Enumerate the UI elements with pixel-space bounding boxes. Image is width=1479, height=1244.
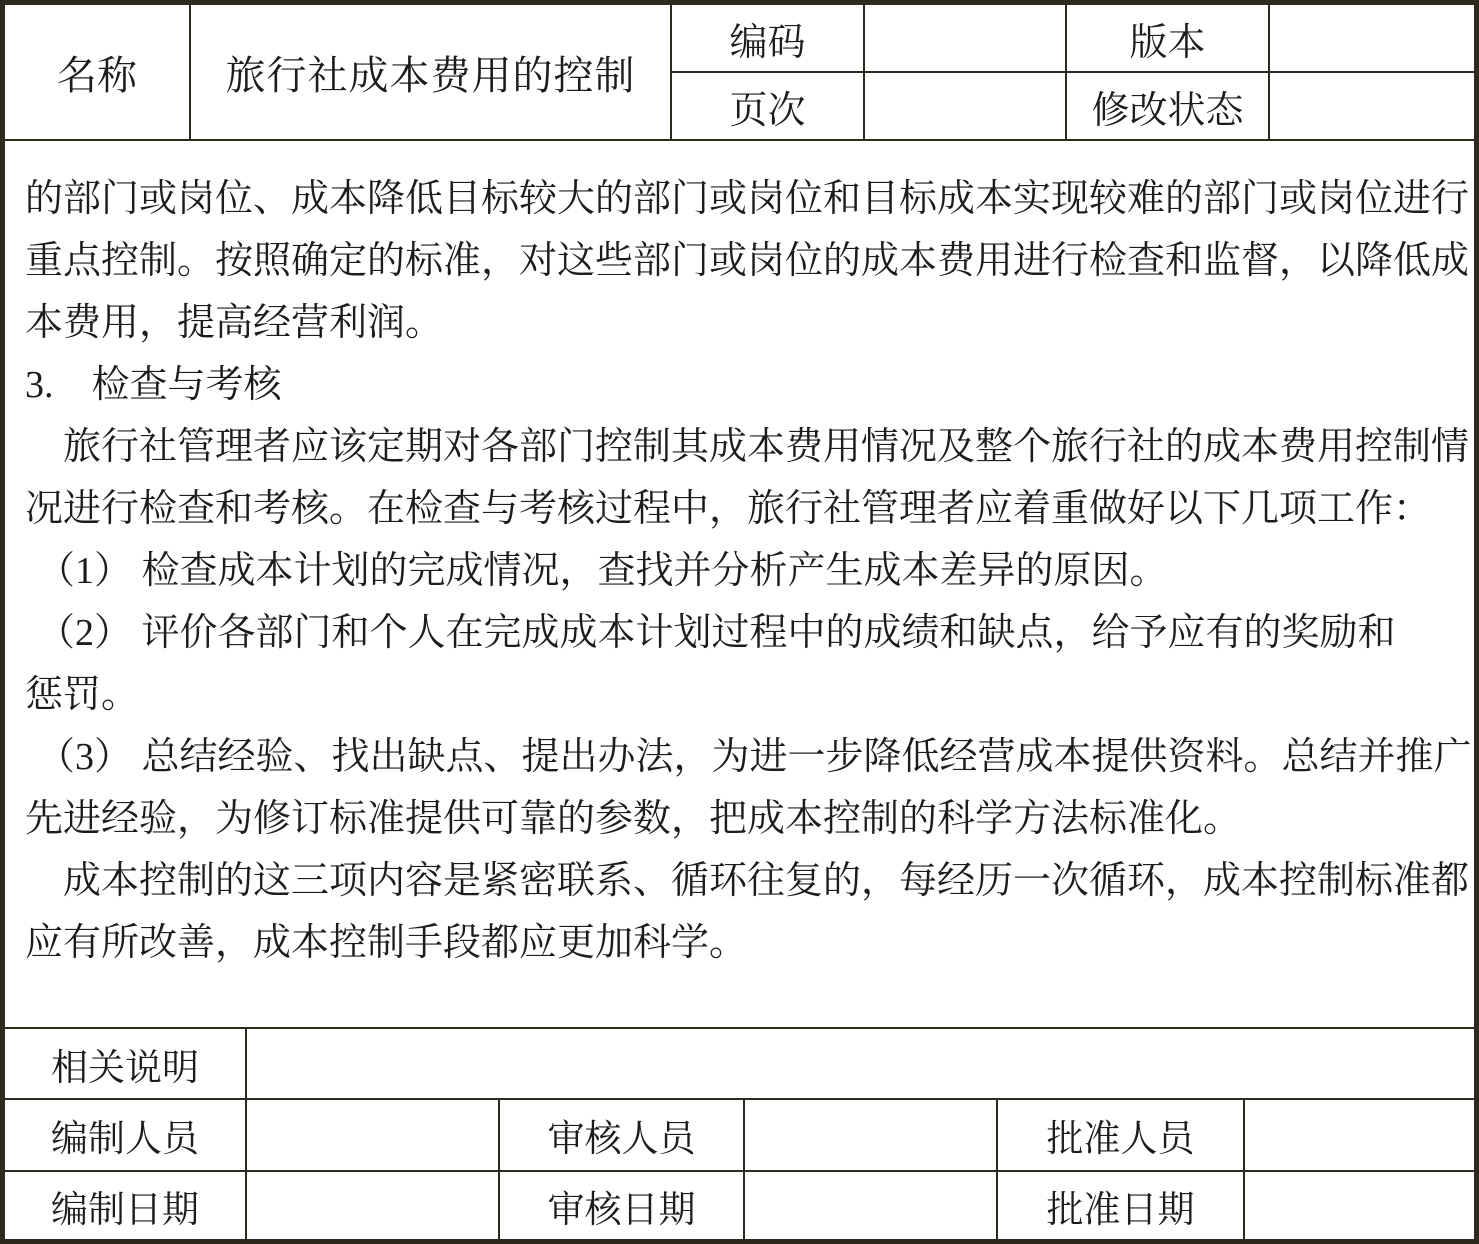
related-notes-value-cell [247,1029,1474,1098]
page-number-value-cell [865,73,1067,139]
header-fields: 编码 版本 页次 修改状态 [672,5,1474,139]
list-item: （3） 总结经验、找出缺点、提出办法，为进一步降低经营成本提供资料。总结并推广 [25,726,1456,788]
approved-date-label: 批准日期 [998,1172,1245,1239]
approved-by-label: 批准人员 [998,1100,1245,1170]
reviewed-by-value-cell [745,1100,998,1170]
date-row: 编制日期 审核日期 批准日期 [5,1172,1474,1239]
revision-status-value-cell [1270,73,1474,139]
personnel-row: 编制人员 审核人员 批准人员 [5,1100,1474,1172]
body-line: 惩罚。 [25,664,1456,726]
prepared-date-value-cell [247,1172,500,1239]
list-item: （1） 检查成本计划的完成情况，查找并分析产生成本差异的原因。 [25,540,1456,602]
body-line: 的部门或岗位、成本降低目标较大的部门或岗位和目标成本实现较难的部门或岗位进行 [25,168,1456,230]
reviewed-by-label: 审核人员 [500,1100,745,1170]
version-label: 版本 [1067,5,1270,71]
doc-title: 旅行社成本费用的控制 [191,5,672,139]
related-notes-label: 相关说明 [5,1029,247,1098]
approved-date-value-cell [1245,1172,1474,1239]
body-line: 应有所改善，成本控制手段都应更加科学。 [25,912,1456,974]
document-body: 的部门或岗位、成本降低目标较大的部门或岗位和目标成本实现较难的部门或岗位进行 重… [5,141,1474,1027]
body-line: 旅行社管理者应该定期对各部门控制其成本费用情况及整个旅行社的成本费用控制情 [25,416,1456,478]
prepared-by-label: 编制人员 [5,1100,247,1170]
header-row-2: 页次 修改状态 [672,73,1474,139]
reviewed-date-label: 审核日期 [500,1172,745,1239]
reviewed-date-value-cell [745,1172,998,1239]
version-value-cell [1270,5,1474,71]
body-line: 先进经验，为修订标准提供可靠的参数，把成本控制的科学方法标准化。 [25,788,1456,850]
code-value-cell [865,5,1067,71]
document-page: 名称 旅行社成本费用的控制 编码 版本 页次 修改状态 的部门或岗位、成本降低目… [0,0,1479,1244]
header-table: 名称 旅行社成本费用的控制 编码 版本 页次 修改状态 [5,5,1474,141]
doc-name-label: 名称 [5,5,191,139]
prepared-by-value-cell [247,1100,500,1170]
header-row-1: 编码 版本 [672,5,1474,73]
body-line: 重点控制。按照确定的标准，对这些部门或岗位的成本费用进行检查和监督，以降低成 [25,230,1456,292]
section-heading: 3. 检查与考核 [25,354,1456,416]
revision-status-label: 修改状态 [1067,73,1270,139]
body-line: 成本控制的这三项内容是紧密联系、循环往复的，每经历一次循环，成本控制标准都 [25,850,1456,912]
related-notes-row: 相关说明 [5,1027,1474,1100]
list-item: （2） 评价各部门和个人在完成成本计划过程中的成绩和缺点，给予应有的奖励和 [25,602,1456,664]
prepared-date-label: 编制日期 [5,1172,247,1239]
approved-by-value-cell [1245,1100,1474,1170]
body-line: 况进行检查和考核。在检查与考核过程中，旅行社管理者应着重做好以下几项工作： [25,478,1456,540]
body-line: 本费用，提高经营利润。 [25,292,1456,354]
page-number-label: 页次 [672,73,865,139]
code-label: 编码 [672,5,865,71]
